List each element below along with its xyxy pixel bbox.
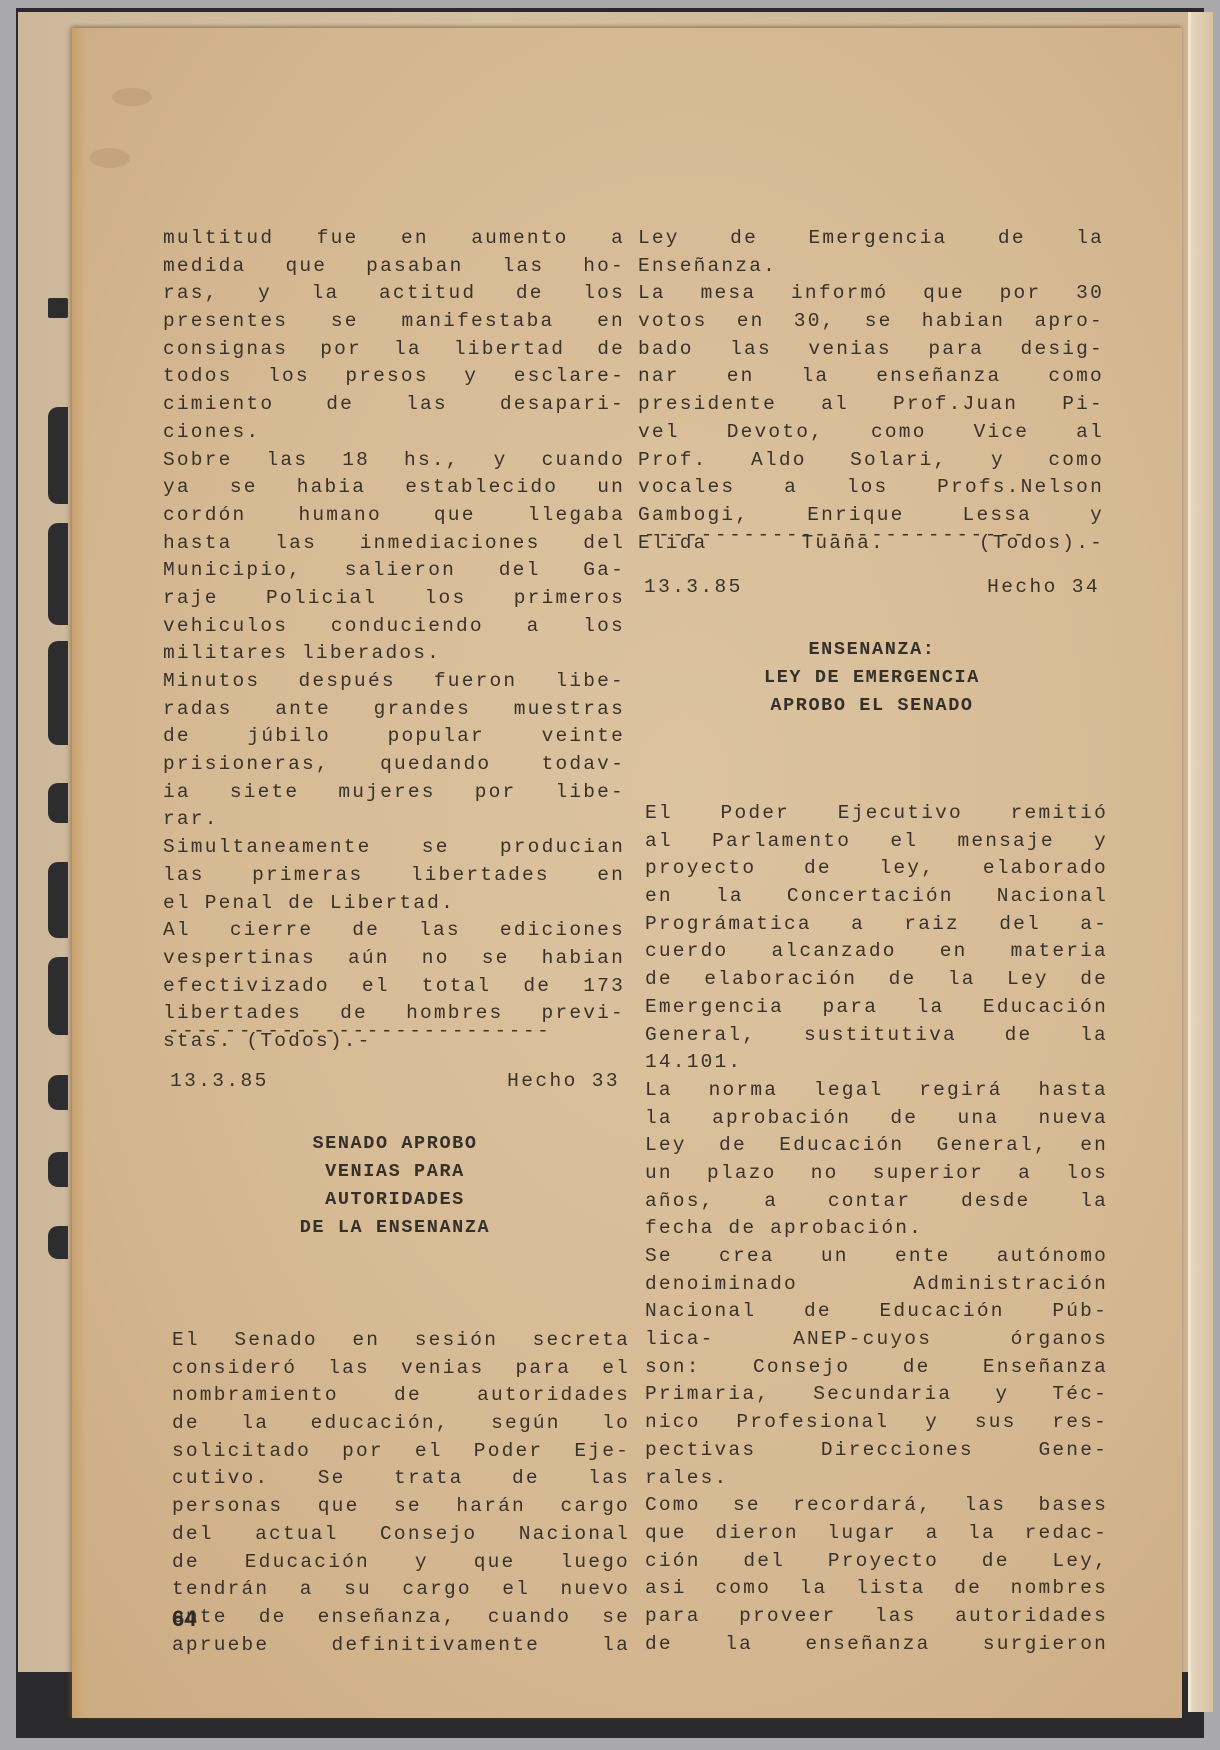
text-line: Prográmaticaaraizdela- — [645, 910, 1108, 938]
text-line: Lamesainformóquepor30 — [638, 279, 1104, 307]
text-line: radasantegrandesmuestras — [163, 695, 625, 723]
headline-line: SENADO APROBO — [170, 1130, 620, 1158]
headline-line: LEY DE EMERGENCIA — [644, 664, 1100, 692]
text-line: ras,ylaactituddelos — [163, 279, 625, 307]
text-line: nicoProfesionalysusres- — [645, 1408, 1108, 1436]
separator-right: --------------------------- — [644, 524, 1096, 546]
text-line: ElSenadoensesiónsecreta — [172, 1326, 630, 1354]
left-continuation-text: multitudfueenaumentoamedidaquepasabanlas… — [163, 224, 625, 1055]
text-line: General,sustitutivadela — [645, 1021, 1108, 1049]
text-line: delaenseñanzasurgieron — [645, 1630, 1108, 1658]
text-line: badolasveniasparadesig- — [638, 335, 1104, 363]
binding-mark — [48, 523, 68, 625]
page-edge — [72, 28, 86, 1718]
text-line: Comoserecordará,lasbases — [645, 1491, 1108, 1519]
binding-mark — [48, 1226, 68, 1259]
text-line: tendránasucargoelnuevo — [172, 1575, 630, 1603]
right-column: LeydeEmergenciadelaEnseñanza.Lamesainfor… — [638, 168, 1104, 584]
binding-mark — [48, 407, 68, 504]
binding-mark — [48, 783, 68, 823]
text-line: Alcierredelasediciones — [163, 916, 625, 944]
text-line: LeydeEducaciónGeneral,en — [645, 1131, 1108, 1159]
text-line: paraproveerlasautoridades — [645, 1602, 1108, 1630]
text-line: rar. — [163, 805, 625, 833]
text-line: rales. — [645, 1464, 1108, 1492]
text-line: cimientodelasdesapari- — [163, 390, 625, 418]
back-page-edge — [1188, 12, 1213, 1712]
text-line: Secreaunenteautónomo — [645, 1242, 1108, 1270]
text-line: entedeenseñanza,cuandose — [172, 1603, 630, 1631]
article-body-text: ElPoderEjecutivoremitióalParlamentoelmen… — [645, 799, 1108, 1657]
text-line: todoslospresosyesclare- — [163, 362, 625, 390]
text-line: fecha de aprobación. — [645, 1214, 1108, 1242]
text-line: vespertinasaúnnosehabian — [163, 944, 625, 972]
text-line: quedieronlugaralaredac- — [645, 1519, 1108, 1547]
text-line: delactualConsejoNacional — [172, 1520, 630, 1548]
text-line: narenlaenseñanzacomo — [638, 362, 1104, 390]
text-line: ciones. — [163, 418, 625, 446]
headline-line: VENIAS PARA — [170, 1158, 620, 1186]
page-number: 64 — [172, 1606, 196, 1632]
text-line: NacionaldeEducaciónPúb- — [645, 1297, 1108, 1325]
text-line: 14.101. — [645, 1048, 1108, 1076]
text-line: nombramientodeautoridades — [172, 1381, 630, 1409]
article-body-hecho-33: ElSenadoensesiónsecretaconsiderólasvenia… — [172, 1270, 630, 1686]
paper-stain — [112, 88, 152, 106]
text-line: Prof.AldoSolari,ycomo — [638, 446, 1104, 474]
headline-line: APROBO EL SENADO — [644, 692, 1100, 720]
article-body-text: ElSenadoensesiónsecretaconsiderólasvenia… — [172, 1326, 630, 1658]
text-line: Simultaneamenteseproducian — [163, 833, 625, 861]
text-line: enlaConcertaciónNacional — [645, 882, 1108, 910]
text-line: el Penal de Libertad. — [163, 889, 625, 917]
left-column: multitudfueenaumentoamedidaquepasabanlas… — [163, 168, 625, 1083]
binding-mark — [48, 1075, 68, 1110]
text-line: efectivizadoeltotalde173 — [163, 972, 625, 1000]
binding-mark — [48, 957, 68, 1035]
text-line: yasehabiaestablecidoun — [163, 473, 625, 501]
text-line: años,acontardesdela — [645, 1187, 1108, 1215]
headline-line: AUTORIDADES — [170, 1186, 620, 1214]
separator-left: --------------------------- — [168, 1020, 620, 1042]
headline-line: ENSENANZA: — [644, 636, 1100, 664]
text-line: vocalesalosProfs.Nelson — [638, 473, 1104, 501]
text-line: denoiminadoAdministración — [645, 1270, 1108, 1298]
article-dateline-hecho-34: 13.3.85 Hecho 34 — [644, 576, 1100, 598]
text-line: asicomolalistadenombres — [645, 1574, 1108, 1602]
text-line: presidentealProf.JuanPi- — [638, 390, 1104, 418]
binding-mark — [48, 641, 68, 745]
text-line: ElPoderEjecutivoremitió — [645, 799, 1108, 827]
headline-line: DE LA ENSENANZA — [170, 1214, 620, 1242]
text-line: presentessemanifestabaen — [163, 307, 625, 335]
text-line: dejúbilopopularveinte — [163, 722, 625, 750]
text-line: deelaboracióndelaLeyde — [645, 965, 1108, 993]
text-line: medidaquepasabanlasho- — [163, 252, 625, 280]
text-line: cordónhumanoquellegaba — [163, 501, 625, 529]
article-body-hecho-34: ElPoderEjecutivoremitióalParlamentoelmen… — [645, 743, 1108, 1685]
text-line: son:ConsejodeEnseñanza — [645, 1353, 1108, 1381]
fact-label: Hecho 34 — [987, 576, 1100, 598]
text-line: considerólasveniasparael — [172, 1354, 630, 1382]
text-line: velDevoto,comoViceal — [638, 418, 1104, 446]
paper-stain — [90, 148, 130, 168]
article-date: 13.3.85 — [170, 1070, 269, 1092]
article-headline-hecho-34: ENSENANZA: LEY DE EMERGENCIA APROBO EL S… — [644, 636, 1100, 720]
text-line: lasprimeraslibertadesen — [163, 861, 625, 889]
text-line: Minutosdespuésfueronlibe- — [163, 667, 625, 695]
text-line: Sobrelas18hs.,ycuando — [163, 446, 625, 474]
text-line: laaprobacióndeunanueva — [645, 1104, 1108, 1132]
text-line: cutivo.Setratadelas — [172, 1464, 630, 1492]
text-line: lica-ANEP-cuyosórganos — [645, 1325, 1108, 1353]
text-line: Lanormalegalregiráhasta — [645, 1076, 1108, 1104]
text-line: rajePoliciallosprimeros — [163, 584, 625, 612]
text-line: personasqueseharáncargo — [172, 1492, 630, 1520]
text-line: alParlamentoelmensajey — [645, 827, 1108, 855]
text-line: proyectodeley,elaborado — [645, 854, 1108, 882]
text-line: apruebedefinitivamentela — [172, 1631, 630, 1659]
text-line: iasietemujeresporlibe- — [163, 778, 625, 806]
text-line: deEducaciónyqueluego — [172, 1548, 630, 1576]
text-line: EmergenciaparalaEducación — [645, 993, 1108, 1021]
text-line: militares liberados. — [163, 639, 625, 667]
text-line: hastalasinmediacionesdel — [163, 529, 625, 557]
text-line: solicitadoporelPoderEje- — [172, 1437, 630, 1465]
binding-mark — [48, 862, 68, 938]
binding-mark — [48, 298, 68, 318]
text-line: Enseñanza. — [638, 252, 1104, 280]
text-line: delaeducación,segúnlo — [172, 1409, 630, 1437]
article-headline-hecho-33: SENADO APROBO VENIAS PARA AUTORIDADES DE… — [170, 1130, 620, 1242]
text-line: pectivasDireccionesGene- — [645, 1436, 1108, 1464]
text-line: prisioneras,quedandotodav- — [163, 750, 625, 778]
article-date: 13.3.85 — [644, 576, 743, 598]
text-line: vehiculosconduciendoalos — [163, 612, 625, 640]
right-continuation-text: LeydeEmergenciadelaEnseñanza.Lamesainfor… — [638, 224, 1104, 556]
fact-label: Hecho 33 — [507, 1070, 620, 1092]
article-dateline-hecho-33: 13.3.85 Hecho 33 — [170, 1070, 620, 1092]
text-line: multitudfueenaumentoa — [163, 224, 625, 252]
text-line: cuerdoalcanzadoenmateria — [645, 937, 1108, 965]
text-line: votosen30,sehabianapro- — [638, 307, 1104, 335]
text-line: cióndelProyectodeLey, — [645, 1547, 1108, 1575]
binding-mark — [48, 1152, 68, 1187]
text-line: consignasporlalibertadde — [163, 335, 625, 363]
text-line: Municipio,salierondelGa- — [163, 556, 625, 584]
text-line: unplazonosuperioralos — [645, 1159, 1108, 1187]
text-line: Primaria,SecundariayTéc- — [645, 1380, 1108, 1408]
text-line: LeydeEmergenciadela — [638, 224, 1104, 252]
